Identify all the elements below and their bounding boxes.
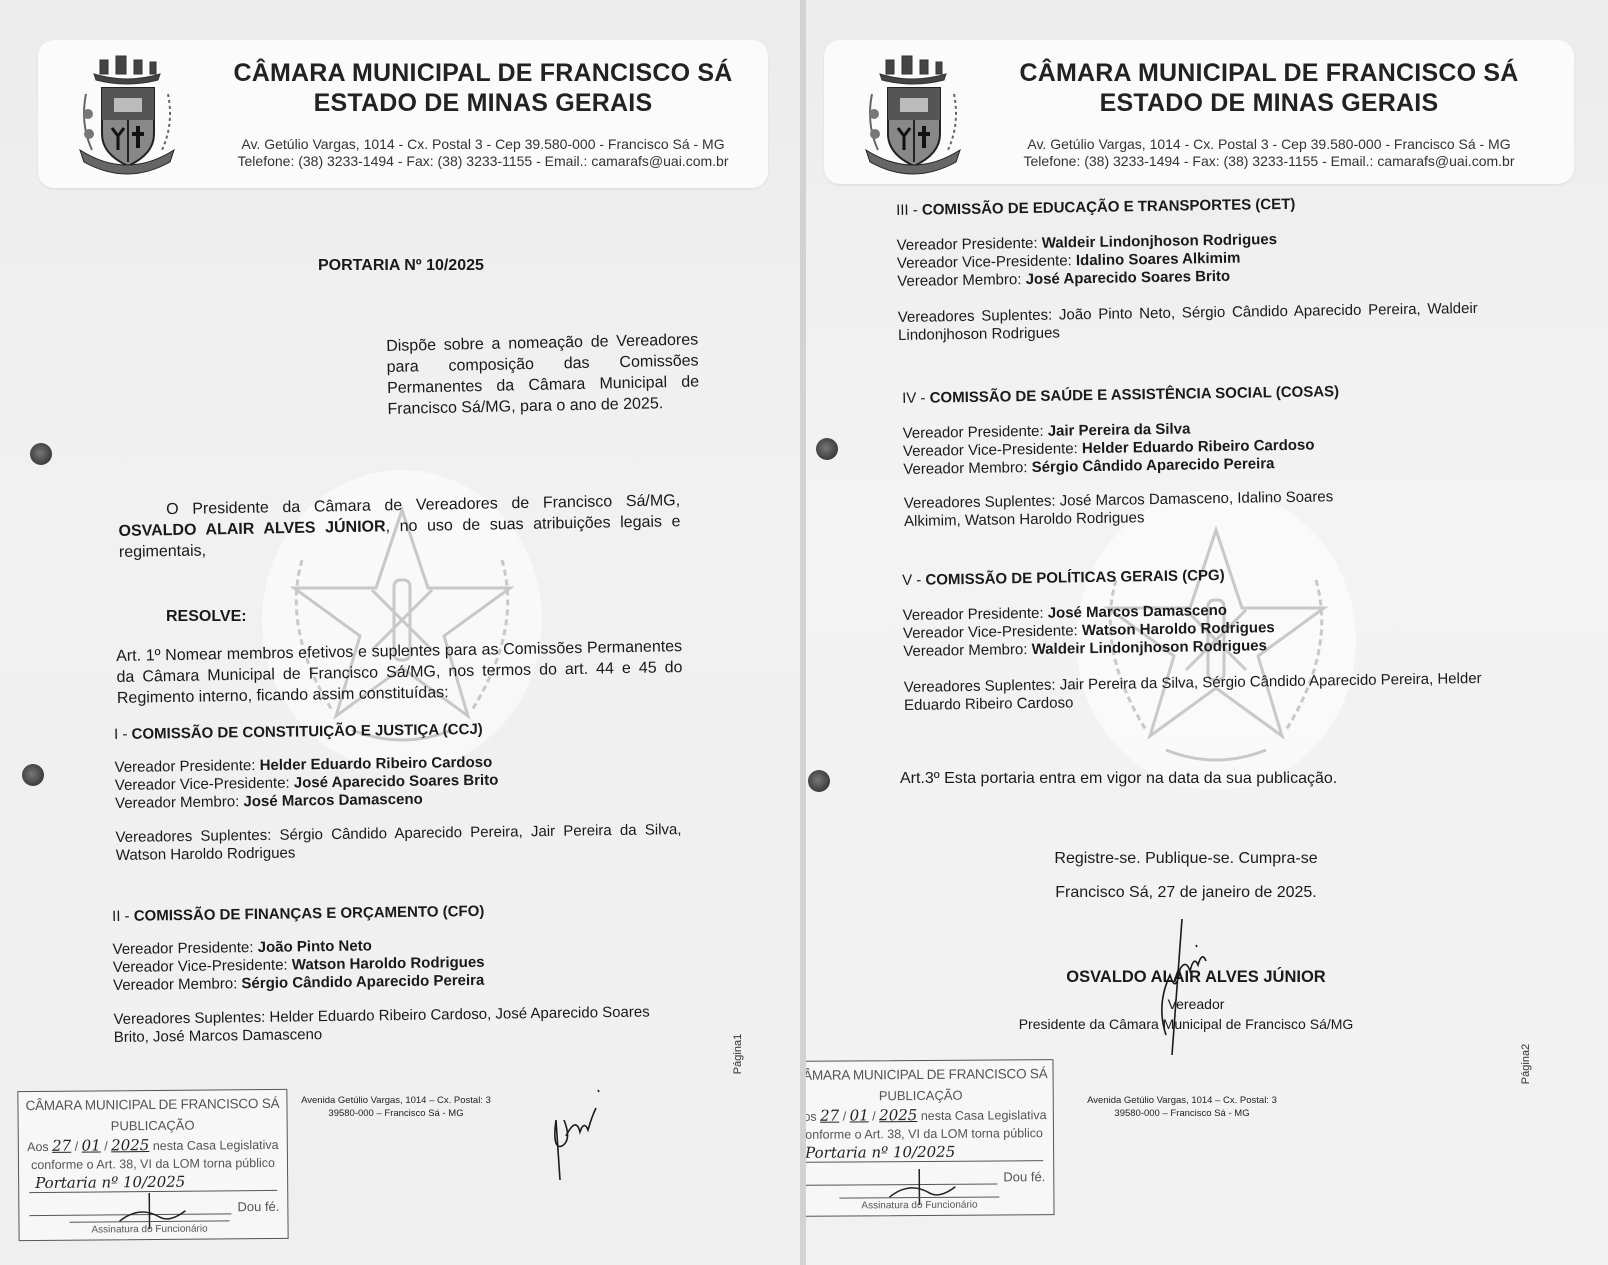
committee-title: II - COMISSÃO DE FINANÇAS E ORÇAMENTO (C…: [112, 900, 680, 925]
resolve-heading: RESOLVE:: [166, 606, 247, 627]
letterhead-address: Av. Getúlio Vargas, 1014 - Cx. Postal 3 …: [994, 136, 1544, 170]
letterhead-title: CÂMARA MUNICIPAL DE FRANCISCO SÁ ESTADO …: [974, 58, 1564, 118]
article-1: Art. 1º Nomear membros efetivos e suplen…: [116, 636, 683, 709]
stamp-legal-text: conforme o Art. 38, VI da LOM torna públ…: [806, 1126, 1053, 1142]
committee-title: V - COMISSÃO DE POLÍTICAS GERAIS (CPG): [902, 563, 1482, 589]
municipal-coat-of-arms-icon: [72, 54, 182, 176]
committee-alternates: Vereadores Suplentes: João Pinto Neto, S…: [898, 300, 1478, 345]
place-date: Francisco Sá, 27 de janeiro de 2025.: [1046, 884, 1326, 902]
letterhead-address: Av. Getúlio Vargas, 1014 - Cx. Postal 3 …: [208, 136, 758, 170]
binder-hole: [22, 764, 44, 786]
signer-role: Vereador: [1096, 996, 1296, 1012]
letterhead: CÂMARA MUNICIPAL DE FRANCISCO SÁ ESTADO …: [38, 40, 768, 188]
committee-cet: III - COMISSÃO DE EDUCAÇÃO E TRANSPORTES…: [896, 193, 1478, 345]
signer-title: Presidente da Câmara Municipal de Franci…: [1006, 1016, 1366, 1032]
binder-hole: [30, 443, 52, 465]
committee-cpg: V - COMISSÃO DE POLÍTICAS GERAIS (CPG) V…: [902, 563, 1484, 715]
stamp-reference: Portaria nº 10/2025: [29, 1172, 277, 1193]
stamp-legal-text: conforme o Art. 38, VI da LOM torna públ…: [19, 1156, 287, 1172]
binder-hole: [808, 770, 830, 792]
document-page-1: CÂMARA MUNICIPAL DE FRANCISCO SÁ ESTADO …: [0, 0, 800, 1265]
committee-title: IV - COMISSÃO DE SAÚDE E ASSISTÊNCIA SOC…: [902, 381, 1462, 407]
committee-alternates: Vereadores Suplentes: Sérgio Cândido Apa…: [115, 821, 681, 865]
publication-stamp: CÂMARA MUNICIPAL DE FRANCISCO SÁ PUBLICA…: [806, 1059, 1055, 1217]
page-number: Página2: [1520, 1044, 1532, 1084]
committee-members: Vereador Presidente: João Pinto Neto Ver…: [112, 933, 681, 995]
municipal-coat-of-arms-icon: [858, 54, 968, 176]
document-page-2: CÂMARA MUNICIPAL DE FRANCISCO SÁ ESTADO …: [806, 0, 1608, 1265]
committee-alternates: Vereadores Suplentes: José Marcos Damasc…: [904, 487, 1385, 531]
document-title: PORTARIA Nº 10/2025: [318, 257, 484, 275]
committee-title: III - COMISSÃO DE EDUCAÇÃO E TRANSPORTES…: [896, 193, 1476, 219]
page-number: Página1: [732, 1034, 744, 1074]
stamp-signature-label: Assinatura do Funcionário: [69, 1220, 229, 1235]
stamp-title: CÂMARA MUNICIPAL DE FRANCISCO SÁ: [806, 1066, 1053, 1083]
binder-hole: [816, 438, 838, 460]
committee-members: Vereador Presidente: Jair Pereira da Sil…: [903, 416, 1464, 479]
committee-cfo: II - COMISSÃO DE FINANÇAS E ORÇAMENTO (C…: [112, 900, 682, 1047]
committee-members: Vereador Presidente: José Marcos Damasce…: [903, 598, 1484, 661]
footer-address: Avenida Getúlio Vargas, 1014 – Cx. Posta…: [296, 1094, 496, 1120]
stamp-subtitle: PUBLICAÇÃO: [19, 1117, 287, 1134]
publication-stamp: CÂMARA MUNICIPAL DE FRANCISCO SÁ PUBLICA…: [17, 1089, 288, 1241]
article-3: Art.3º Esta portaria entra em vigor na d…: [900, 768, 1337, 789]
signer-name: OSVALDO ALAIR ALVES JÚNIOR: [1026, 968, 1366, 987]
committee-cosas: IV - COMISSÃO DE SAÚDE E ASSISTÊNCIA SOC…: [902, 381, 1464, 531]
stamp-subtitle: PUBLICAÇÃO: [806, 1087, 1053, 1104]
stamp-signature-label: Assinatura do Funcionário: [839, 1196, 999, 1211]
letterhead: CÂMARA MUNICIPAL DE FRANCISCO SÁ ESTADO …: [824, 40, 1574, 184]
closing-formula: Registre-se. Publique-se. Cumpra-se: [1046, 850, 1326, 868]
footer-address: Avenida Getúlio Vargas, 1014 – Cx. Posta…: [1082, 1094, 1282, 1120]
initials-signature-icon: [540, 1080, 610, 1190]
ementa: Dispõe sobre a nomeação de Vereadores pa…: [386, 329, 700, 420]
committee-alternates: Vereadores Suplentes: Helder Eduardo Rib…: [113, 1003, 681, 1047]
committee-title: I - COMISSÃO DE CONSTITUIÇÃO E JUSTIÇA (…: [114, 718, 680, 743]
stamp-date-line: Aos 27 / 01 / 2025 nesta Casa Legislativ…: [806, 1105, 1053, 1125]
committee-members: Vereador Presidente: Waldeir Lindonjhoso…: [897, 228, 1478, 291]
president-signature-icon: [1146, 915, 1226, 1065]
committee-ccj: I - COMISSÃO DE CONSTITUIÇÃO E JUSTIÇA (…: [114, 718, 682, 865]
stamp-date-line: Aos 27 / 01 / 2025 nesta Casa Legislativ…: [19, 1135, 287, 1155]
committee-members: Vereador Presidente: Helder Eduardo Ribe…: [114, 751, 681, 813]
preamble: O Presidente da Câmara de Vereadores de …: [118, 490, 681, 563]
stamp-reference: Portaria nº 10/2025: [806, 1142, 1043, 1163]
stamp-title: CÂMARA MUNICIPAL DE FRANCISCO SÁ: [18, 1096, 286, 1113]
letterhead-title: CÂMARA MUNICIPAL DE FRANCISCO SÁ ESTADO …: [188, 58, 778, 118]
committee-alternates: Vereadores Suplentes: Jair Pereira da Si…: [904, 670, 1484, 715]
